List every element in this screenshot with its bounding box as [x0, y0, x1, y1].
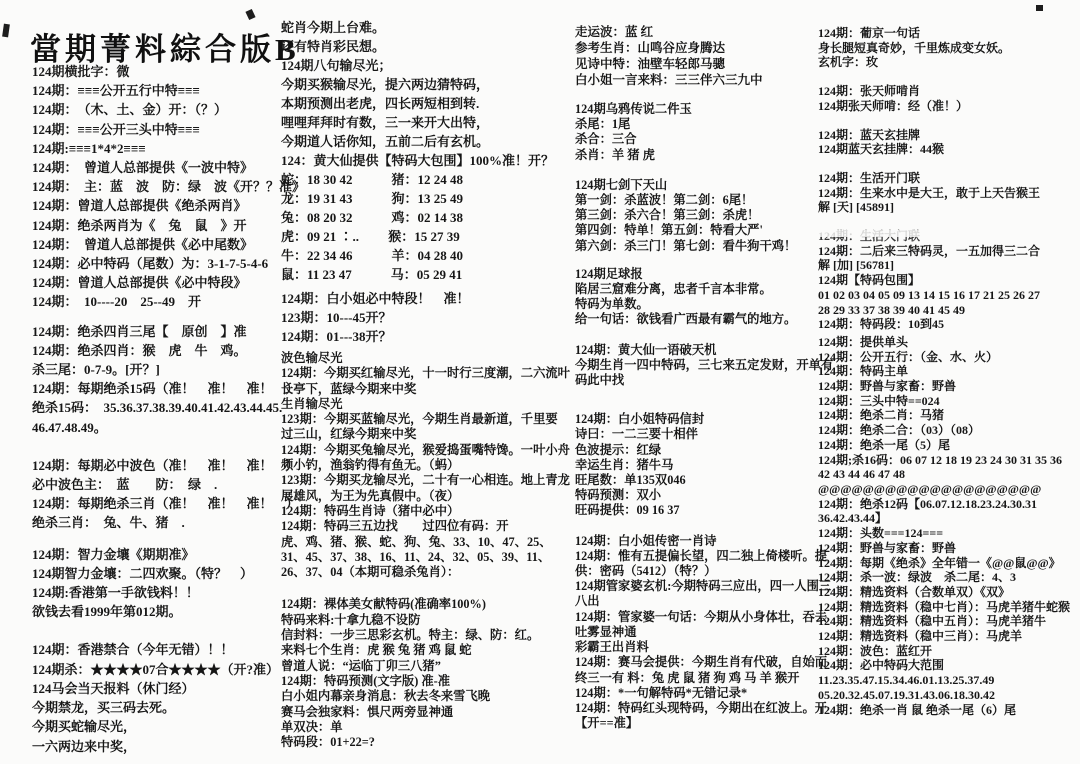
text-line: 124期：赛马会提供：今期生肖有代破，自始而 [575, 655, 833, 670]
text-line: 124期七剑下天山 [575, 178, 833, 193]
text-line: 今期禁龙，买三码去死。 [32, 698, 305, 717]
text-line: 124期：管家婆一句话：今期从小身体壮，吞去 [575, 610, 833, 625]
text-line: 本期预测出老虎，四长两短相到转. [281, 94, 570, 113]
text-line: 124期：绝杀12码【06.07.12.18.23.24.30.31 [818, 497, 1070, 512]
text-line: 124期杀：★★★★07合★★★★（开?准） [32, 660, 305, 679]
text-line: 124期：每期绝杀三肖（准！ 准！ 准！ ） [32, 494, 305, 513]
text-section: 124期：每期必中波色（准！ 准！ 准！ ）必中波色主： 蓝 防： 绿 .124… [32, 456, 305, 533]
text-line: 31、45、37、38、16、11、24、32、05、39、11、 [281, 550, 570, 565]
text-line: 124期：特码预测(文字版) 准-准 [281, 674, 570, 689]
text-line: 虎、鸡、猪、猴、蛇、狗、兔、33、10、47、25、 [281, 535, 570, 550]
text-line: 124期：生来水中是大王，敢于上天告猴王 [818, 186, 1070, 201]
text-line: 波色输尽光 [281, 351, 570, 366]
text-line: 124期：公开五行：（金、水、火） [818, 350, 1070, 365]
text-line: 124期：头数===124=== [818, 526, 1070, 541]
text-line: 124期：每期绝杀15码（准！ 准！ 准！ ） [32, 379, 305, 398]
text-line: 124期： 曾道人总部提供《一波中特》 [32, 158, 305, 177]
text-line: 码此中找 [575, 373, 833, 388]
text-line: 身长腿短真奇妙，千里炼成变女妖。 [818, 41, 1070, 56]
text-line: 124期：必中特码大范围 [818, 658, 1070, 673]
text-section: 124期：提供单头124期：公开五行：（金、水、火）124期：特码主单124期：… [818, 335, 1070, 717]
text-column-4: 124期：葡京一句话身长腿短真奇妙，千里炼成变女妖。玄机字：玫124期：张天师啃… [818, 26, 1070, 717]
text-section: 124期：蓝天玄挂牌124期蓝天玄挂牌：44猴 [818, 128, 1070, 157]
text-line: 124期：≡≡≡公开三头中特≡≡≡ [32, 120, 305, 139]
text-line: 124期：今期买兔输尽光，猴爱捣蛋嘴特馋。一叶小舟 [281, 443, 570, 458]
text-line: 26、37、04（本期可稳杀兔肖）： [281, 565, 570, 580]
text-line: 杀肖：羊 猪 虎 [575, 148, 833, 163]
text-line: 124期：今期买红输尽光，十一时行三度潮，二六流叶 [281, 366, 570, 381]
text-line: 124期：张天师啃肖 [818, 84, 1070, 99]
text-line: 42 43 44 46 47 48 [818, 467, 1070, 482]
text-line: 124期：必中特码（尾数）为：3-1-7-5-4-6 [32, 254, 305, 273]
text-line: 124期：智力金壤《期期准》 [32, 545, 305, 564]
text-line: 124期：绝杀一肖 鼠 绝杀一尾（6）尾 [818, 703, 1070, 718]
text-line: 124期：杀一波：绿波 杀二尾：4、3 [818, 570, 1070, 585]
text-line: 124期：每期必中波色（准！ 准！ 准！ ） [32, 456, 305, 475]
text-line: 来料七个生肖：虎 猴 兔 猪 鸡 鼠 蛇 [281, 643, 570, 658]
text-line: 参考生肖：山鸣谷应身腾达 [575, 40, 833, 56]
text-line: 一六两边来中奖， [32, 737, 305, 756]
text-line: 124期：精选资料（稳中三肖）：马虎羊 [818, 629, 1070, 644]
text-line: 124期：*一句解特码*无错记录* [575, 686, 833, 701]
text-line: 牛：22 34 46 羊：04 28 40 [281, 246, 570, 265]
text-section: 124期：裸体美女献特码(准确率100%)特码来料:十拿九稳不设防信封料：一步三… [281, 597, 570, 750]
text-line: 兔：08 20 32 鸡：02 14 38 [281, 208, 570, 227]
text-line: 124期： 主：蓝 波 防：绿 波《开？？准》 [32, 177, 305, 196]
text-line: 鼠：11 23 47 马：05 29 41 [281, 265, 570, 284]
text-line: 124期：黄大仙一语破天机 [575, 343, 833, 358]
text-line: 色波提示：红绿 [575, 443, 833, 458]
text-line: 124期：绝杀一尾（5）尾 [818, 438, 1070, 453]
text-line: 124期【特码包围】 [818, 273, 1070, 288]
text-line: 124期：白小姐特码信封 [575, 412, 833, 427]
scan-artifact [245, 9, 255, 20]
text-line: 124期乌鸦传说二件玉 [575, 102, 833, 117]
text-line: 124期：精选资料（稳中七肖）：马虎羊猪牛蛇猴 [818, 600, 1070, 615]
text-line: 123期：今期买蓝输尽光，今期生肖最新道，千里要 [281, 412, 570, 427]
text-line: 第一剑：杀蓝波！第二剑：6尾！ [575, 193, 833, 208]
text-line: 124期：特码三五边找 过四位有码：开 [281, 519, 570, 534]
text-line: 信封料：一步三思彩玄机。特主：绿、防：红。 [281, 628, 570, 643]
text-section: 波色输尽光124期：今期买红输尽光，十一时行三度潮，二六流叶长亭下，蓝绿今期来中… [281, 351, 570, 580]
text-line: 124期：生活开门联 [818, 171, 1070, 186]
text-line: 123期：今期买龙输尽光，二十有一心相连。地上青龙 [281, 473, 570, 488]
text-section: 124期足球报陷居三窟难分离，忠者千言本非常。特码为单数。给一句话：欲钱看广西最… [575, 267, 833, 328]
text-line: 124期：二后来三特码灵，一五加得三二合 [818, 244, 1070, 259]
text-section: 124期：葡京一句话身长腿短真奇妙，千里炼成变女妖。玄机字：玫 [818, 26, 1070, 70]
text-line: 124期：曾道人总部提供《必中特段》 [32, 273, 305, 292]
text-line: 124期：野兽与家畜：野兽 [818, 379, 1070, 394]
text-line: 124期：波色：蓝红开 [818, 644, 1070, 659]
text-line: 124期蓝天玄挂牌：44猴 [818, 142, 1070, 157]
text-line: 124期：精选资料（合数单双）《双》 [818, 585, 1070, 600]
text-section: 走运波：蓝 红参考生肖：山鸣谷应身腾达见诗中特：油壁车轻郎马骢白小姐一言来料：三… [575, 24, 833, 88]
text-line: 124：黄大仙提供【特码大包围】100%准！开？ [281, 151, 570, 170]
text-line: 124期智力金壤：二四欢聚。（特？ ） [32, 564, 305, 583]
text-section: 124期乌鸦传说二件玉杀尾：1尾杀合：三合杀肖：羊 猪 虎 [575, 102, 833, 163]
text-line: 哩哩拜拜时有数，三一来开大出特， [281, 113, 570, 132]
text-line: 杀三尾：0-7-9。[开？] [32, 360, 305, 379]
text-line: 幸运生肖：猪牛马 [575, 458, 833, 473]
text-line: 玄机字：玫 [818, 55, 1070, 70]
text-line: 第六剑：杀三门！第七剑：看牛狗干鸡！ [575, 239, 833, 254]
text-line: 124期横批字：微 [32, 62, 305, 81]
text-line: 见诗中特：油壁车轻郎马骢 [575, 56, 833, 72]
text-line: 05.20.32.45.07.19.31.43.06.18.30.42 [818, 688, 1070, 703]
text-line: 124期：提供单头 [818, 335, 1070, 350]
text-line: 124期：特码主单 [818, 364, 1070, 379]
text-line: 解 [天] [45891] [818, 200, 1070, 215]
text-line: 彩霸王出肖料 [575, 640, 833, 655]
text-line: 124期足球报 [575, 267, 833, 282]
text-line: 旺码提供：09 16 37 [575, 503, 833, 518]
text-line: 46.47.48.49。 [32, 418, 305, 437]
text-line: 124期：蓝天玄挂牌 [818, 128, 1070, 143]
text-line: 今期买猴输尽光，提六两边猜特码， [281, 75, 570, 94]
text-line: 124期:≡≡≡1*4*2≡≡≡ [32, 139, 305, 158]
text-line: 124期：特码段：10到45 [818, 317, 1070, 332]
text-line: 频小钓，渔翁钓得有鱼无。（蚂） [281, 458, 570, 473]
text-line: 第三剑：杀六合！第三剑：杀虎！ [575, 208, 833, 223]
text-line: 124期八句输尽光； [281, 56, 570, 75]
text-line: 11.23.35.47.15.34.46.01.13.25.37.49 [818, 673, 1070, 688]
text-line: 蛇：18 30 42 猪：12 24 48 [281, 170, 570, 189]
text-line: 【开==准】 [575, 716, 833, 731]
text-line: 过三山，红绿今期来中奖 [281, 427, 570, 442]
text-section: 124期：黄大仙一语破天机今期生肖一四中特码，三七来五定发财，开单有码此中找 [575, 343, 833, 389]
text-line: 124期：香港禁合（今年无错）！！ [32, 640, 305, 659]
text-column-2: 蛇肖今期上台难。还有特肖彩民想。124期八句输尽光；今期买猴输尽光，提六两边猜特… [281, 18, 570, 750]
text-line: 今期生肖一四中特码，三七来五定发财，开单有 [575, 358, 833, 373]
text-line: 曾道人说：“运临丁卯三八猪” [281, 659, 570, 674]
text-line: 供：密码（5412）（特？） [575, 564, 833, 579]
text-line: 124期：绝杀四肖：猴 虎 牛 鸡。 [32, 341, 305, 360]
scan-artifact [2, 24, 10, 38]
text-line: 124期：惟有五提偏长望，四二独上倚楼听。提 [575, 549, 833, 564]
text-line: 124期：精选资料（稳中五肖）：马虎羊猪牛 [818, 614, 1070, 629]
text-line: 生肖输尽光 [281, 397, 570, 412]
text-line: 124期：01---38开？ [281, 327, 570, 346]
text-line: 124期：裸体美女献特码(准确率100%) [281, 597, 570, 612]
text-line: 124期：绝杀四肖三尾【 原创 】准 [32, 322, 305, 341]
text-section: 124期：白小姐必中特段！ 准！123期：10---45开？124期：01---… [281, 289, 570, 346]
text-line: 124期管家婆玄机:今期特码三应出，四一人围三 [575, 579, 833, 594]
text-line: 124期：每期《绝杀》全年错一《@@鼠@@》 [818, 556, 1070, 571]
text-section: 124期：白小姐特码信封诗曰：一二三要十相伴色波提示：红绿幸运生肖：猪牛马旺尾数… [575, 412, 833, 518]
text-line: 龙：19 31 43 狗：13 25 49 [281, 189, 570, 208]
text-line: 绝杀三肖： 兔、牛、猪 . [32, 513, 305, 532]
text-section: 124期：白小姐传密一肖诗124期：惟有五提偏长望，四二独上倚楼听。提供：密码（… [575, 534, 833, 732]
text-line: 第四剑：特单！第五剑：特看大严' [575, 223, 833, 238]
text-line: 124期：曾道人总部提供《绝杀两肖》 [32, 196, 305, 215]
text-section: 蛇肖今期上台难。还有特肖彩民想。124期八句输尽光；今期买猴输尽光，提六两边猜特… [281, 18, 570, 284]
text-section: 124期：香港禁合（今年无错）！！124期杀：★★★★07合★★★★（开?准）1… [32, 640, 305, 755]
text-line: 特码为单数。 [575, 297, 833, 312]
text-line: 杀合：三合 [575, 132, 833, 147]
text-section: 124期：绝杀四肖三尾【 原创 】准124期：绝杀四肖：猴 虎 牛 鸡。杀三尾：… [32, 322, 305, 437]
text-line: 124期： 10----20 25--49 开 [32, 292, 305, 311]
text-line: 124期：特码生肖诗（猪中必中） [281, 504, 570, 519]
text-line: 124期;杀16码：06 07 12 18 19 23 24 30 31 35 … [818, 453, 1070, 468]
text-section: 124期：生活开门联124期：生来水中是大王，敢于上天告猴王解 [天] [458… [818, 171, 1070, 215]
text-line: 必中波色主： 蓝 防： 绿 . [32, 475, 305, 494]
text-line: 124期： 曾道人总部提供《必中尾数》 [32, 235, 305, 254]
text-line: 124期：绝杀两肖为《 兔 鼠 》开 [32, 216, 305, 235]
text-line: 124期： （木、土、金）开：（？） [32, 100, 305, 119]
text-line: 124期：三头中特==024 [818, 394, 1070, 409]
text-line: 吐雾显神通 [575, 625, 833, 640]
text-line: 解 [加] [56781] [818, 258, 1070, 273]
text-line: 展雄风，为王为先真假中。（夜） [281, 489, 570, 504]
text-line: 白小姐一言来料：三三伴六三九中 [575, 72, 833, 88]
text-line: 欲钱去看1999年第012期。 [32, 602, 305, 621]
text-section: 124期：智力金壤《期期准》124期智力金壤：二四欢聚。（特？ ）124期:香港… [32, 545, 305, 622]
text-line: 124期:香港第一手欲钱料！！ [32, 583, 305, 602]
text-line: 八出 [575, 594, 833, 609]
text-line: 124期：白小姐必中特段！ 准！ [281, 289, 570, 308]
text-line: 124期：绝杀二合：（03）（08） [818, 423, 1070, 438]
text-line: 单双决：单 [281, 720, 570, 735]
text-line: 124期：野兽与家畜：野兽 [818, 541, 1070, 556]
text-line: 今期道人话你知，五前二后有玄机。 [281, 132, 570, 151]
text-line: 124期：白小姐传密一肖诗 [575, 534, 833, 549]
text-line: 走运波：蓝 红 [575, 24, 833, 40]
text-line: 杀尾：1尾 [575, 117, 833, 132]
text-line: 白小姐内幕亲身消息：秋去冬来雪飞晚 [281, 689, 570, 704]
text-line: 36.42.43.44】 [818, 511, 1070, 526]
text-line: 124期张天师啃：经（准！） [818, 99, 1070, 114]
text-line: 给一句话：欲钱看广西最有霸气的地方。 [575, 312, 833, 327]
text-line: 赛马会独家料：惧尺两旁显神通 [281, 705, 570, 720]
text-line: 124马会当天报料（休门经） [32, 679, 305, 698]
text-line: 蛇肖今期上台难。 [281, 18, 570, 37]
text-line: 特码来料:十拿九稳不设防 [281, 613, 570, 628]
text-section: 124期：二后来三特码灵，一五加得三二合解 [加] [56781]124期【特码… [818, 244, 1070, 332]
text-line: 124期：绝杀二肖：马猪 [818, 408, 1070, 423]
text-column-3: 走运波：蓝 红参考生肖：山鸣谷应身腾达见诗中特：油壁车轻郎马骢白小姐一言来料：三… [575, 24, 833, 731]
text-section: 124期七剑下天山第一剑：杀蓝波！第二剑：6尾！第三剑：杀六合！第三剑：杀虎！第… [575, 178, 833, 254]
text-line: 终三一有 料：兔 虎 鼠 猪 狗 鸡 马 羊 猴开 [575, 671, 833, 686]
text-line: 28 29 33 37 38 39 40 41 45 49 [818, 303, 1070, 318]
text-line: 124期：葡京一句话 [818, 26, 1070, 41]
text-line: 陷居三窟难分离，忠者千言本非常。 [575, 282, 833, 297]
text-section: 124期：生活大门联 [818, 229, 1070, 244]
text-line: @@@@@@@@@@@@@@@@@@@@ [818, 482, 1070, 497]
text-section: 124期：张天师啃肖124期张天师啃：经（准！） [818, 84, 1070, 113]
text-line: 特码预测：双小 [575, 488, 833, 503]
text-line: 绝杀15码： 35.36.37.38.39.40.41.42.43.44.45. [32, 398, 305, 417]
text-line: 今期买蛇输尽光， [32, 717, 305, 736]
text-line: 01 02 03 04 05 09 13 14 15 16 17 21 25 2… [818, 288, 1070, 303]
scan-artifact [1036, 5, 1043, 11]
text-line: 124期：生活大门联 [818, 229, 1070, 244]
text-column-1: 124期横批字：微124期：≡≡≡公开五行中特≡≡≡124期： （木、土、金）开… [32, 62, 305, 756]
text-section: 124期横批字：微124期：≡≡≡公开五行中特≡≡≡124期： （木、土、金）开… [32, 62, 305, 312]
text-line: 123期：10---45开？ [281, 308, 570, 327]
text-line: 旺尾数：单135双046 [575, 473, 833, 488]
text-line: 124期：特码红头现特码，今期出在红波上。开 [575, 701, 833, 716]
text-line: 虎：09 21 ∶.. 猴：15 27 39 [281, 227, 570, 246]
text-line: 诗曰：一二三要十相伴 [575, 427, 833, 442]
text-line: 特码段：01+22=? [281, 735, 570, 750]
text-line: 还有特肖彩民想。 [281, 37, 570, 56]
text-line: 124期：≡≡≡公开五行中特≡≡≡ [32, 81, 305, 100]
text-line: 长亭下，蓝绿今期来中奖 [281, 382, 570, 397]
